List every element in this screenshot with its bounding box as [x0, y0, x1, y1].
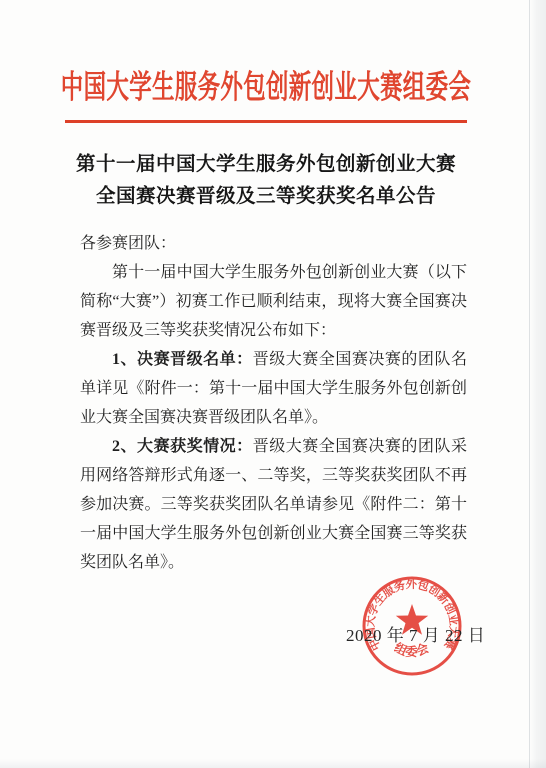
salutation: 各参赛团队： [80, 229, 467, 258]
scan-edge-bottom [0, 759, 546, 768]
item-2-text: 晋级大赛全国赛决赛的团队采用网络答辩形式角逐一、二等奖，三等奖获奖团队不再参加决… [80, 438, 467, 571]
document-date: 2020 年 7 月 22 日 [346, 621, 485, 646]
paragraph-item-1: 1、决赛晋级名单：晋级大赛全国赛决赛的团队名单详见《附件一：第十一届中国大学生服… [80, 345, 467, 432]
paragraph-intro: 第十一届中国大学生服务外包创新创业大赛（以下简称“大赛”）初赛工作已顺利结束，现… [80, 258, 467, 345]
document-page: 中国大学生服务外包创新创业大赛组委会 第十一届中国大学生服务外包创新创业大赛 全… [0, 0, 546, 768]
item-1-heading: 1、决赛晋级名单： [112, 351, 253, 368]
item-2-heading: 2、大赛获奖情况： [112, 438, 253, 455]
letterhead-divider-line [65, 120, 467, 123]
letterhead-title: 中国大学生服务外包创新创业大赛组委会 [40, 62, 492, 107]
document-title-line2: 全国赛决赛晋级及三等奖获奖名单公告 [40, 181, 492, 213]
document-body: 各参赛团队： 第十一届中国大学生服务外包创新创业大赛（以下简称“大赛”）初赛工作… [80, 229, 467, 577]
document-title: 第十一届中国大学生服务外包创新创业大赛 全国赛决赛晋级及三等奖获奖名单公告 [40, 149, 492, 213]
document-title-line1: 第十一届中国大学生服务外包创新创业大赛 [40, 149, 492, 181]
scan-edge-right [529, 0, 546, 768]
